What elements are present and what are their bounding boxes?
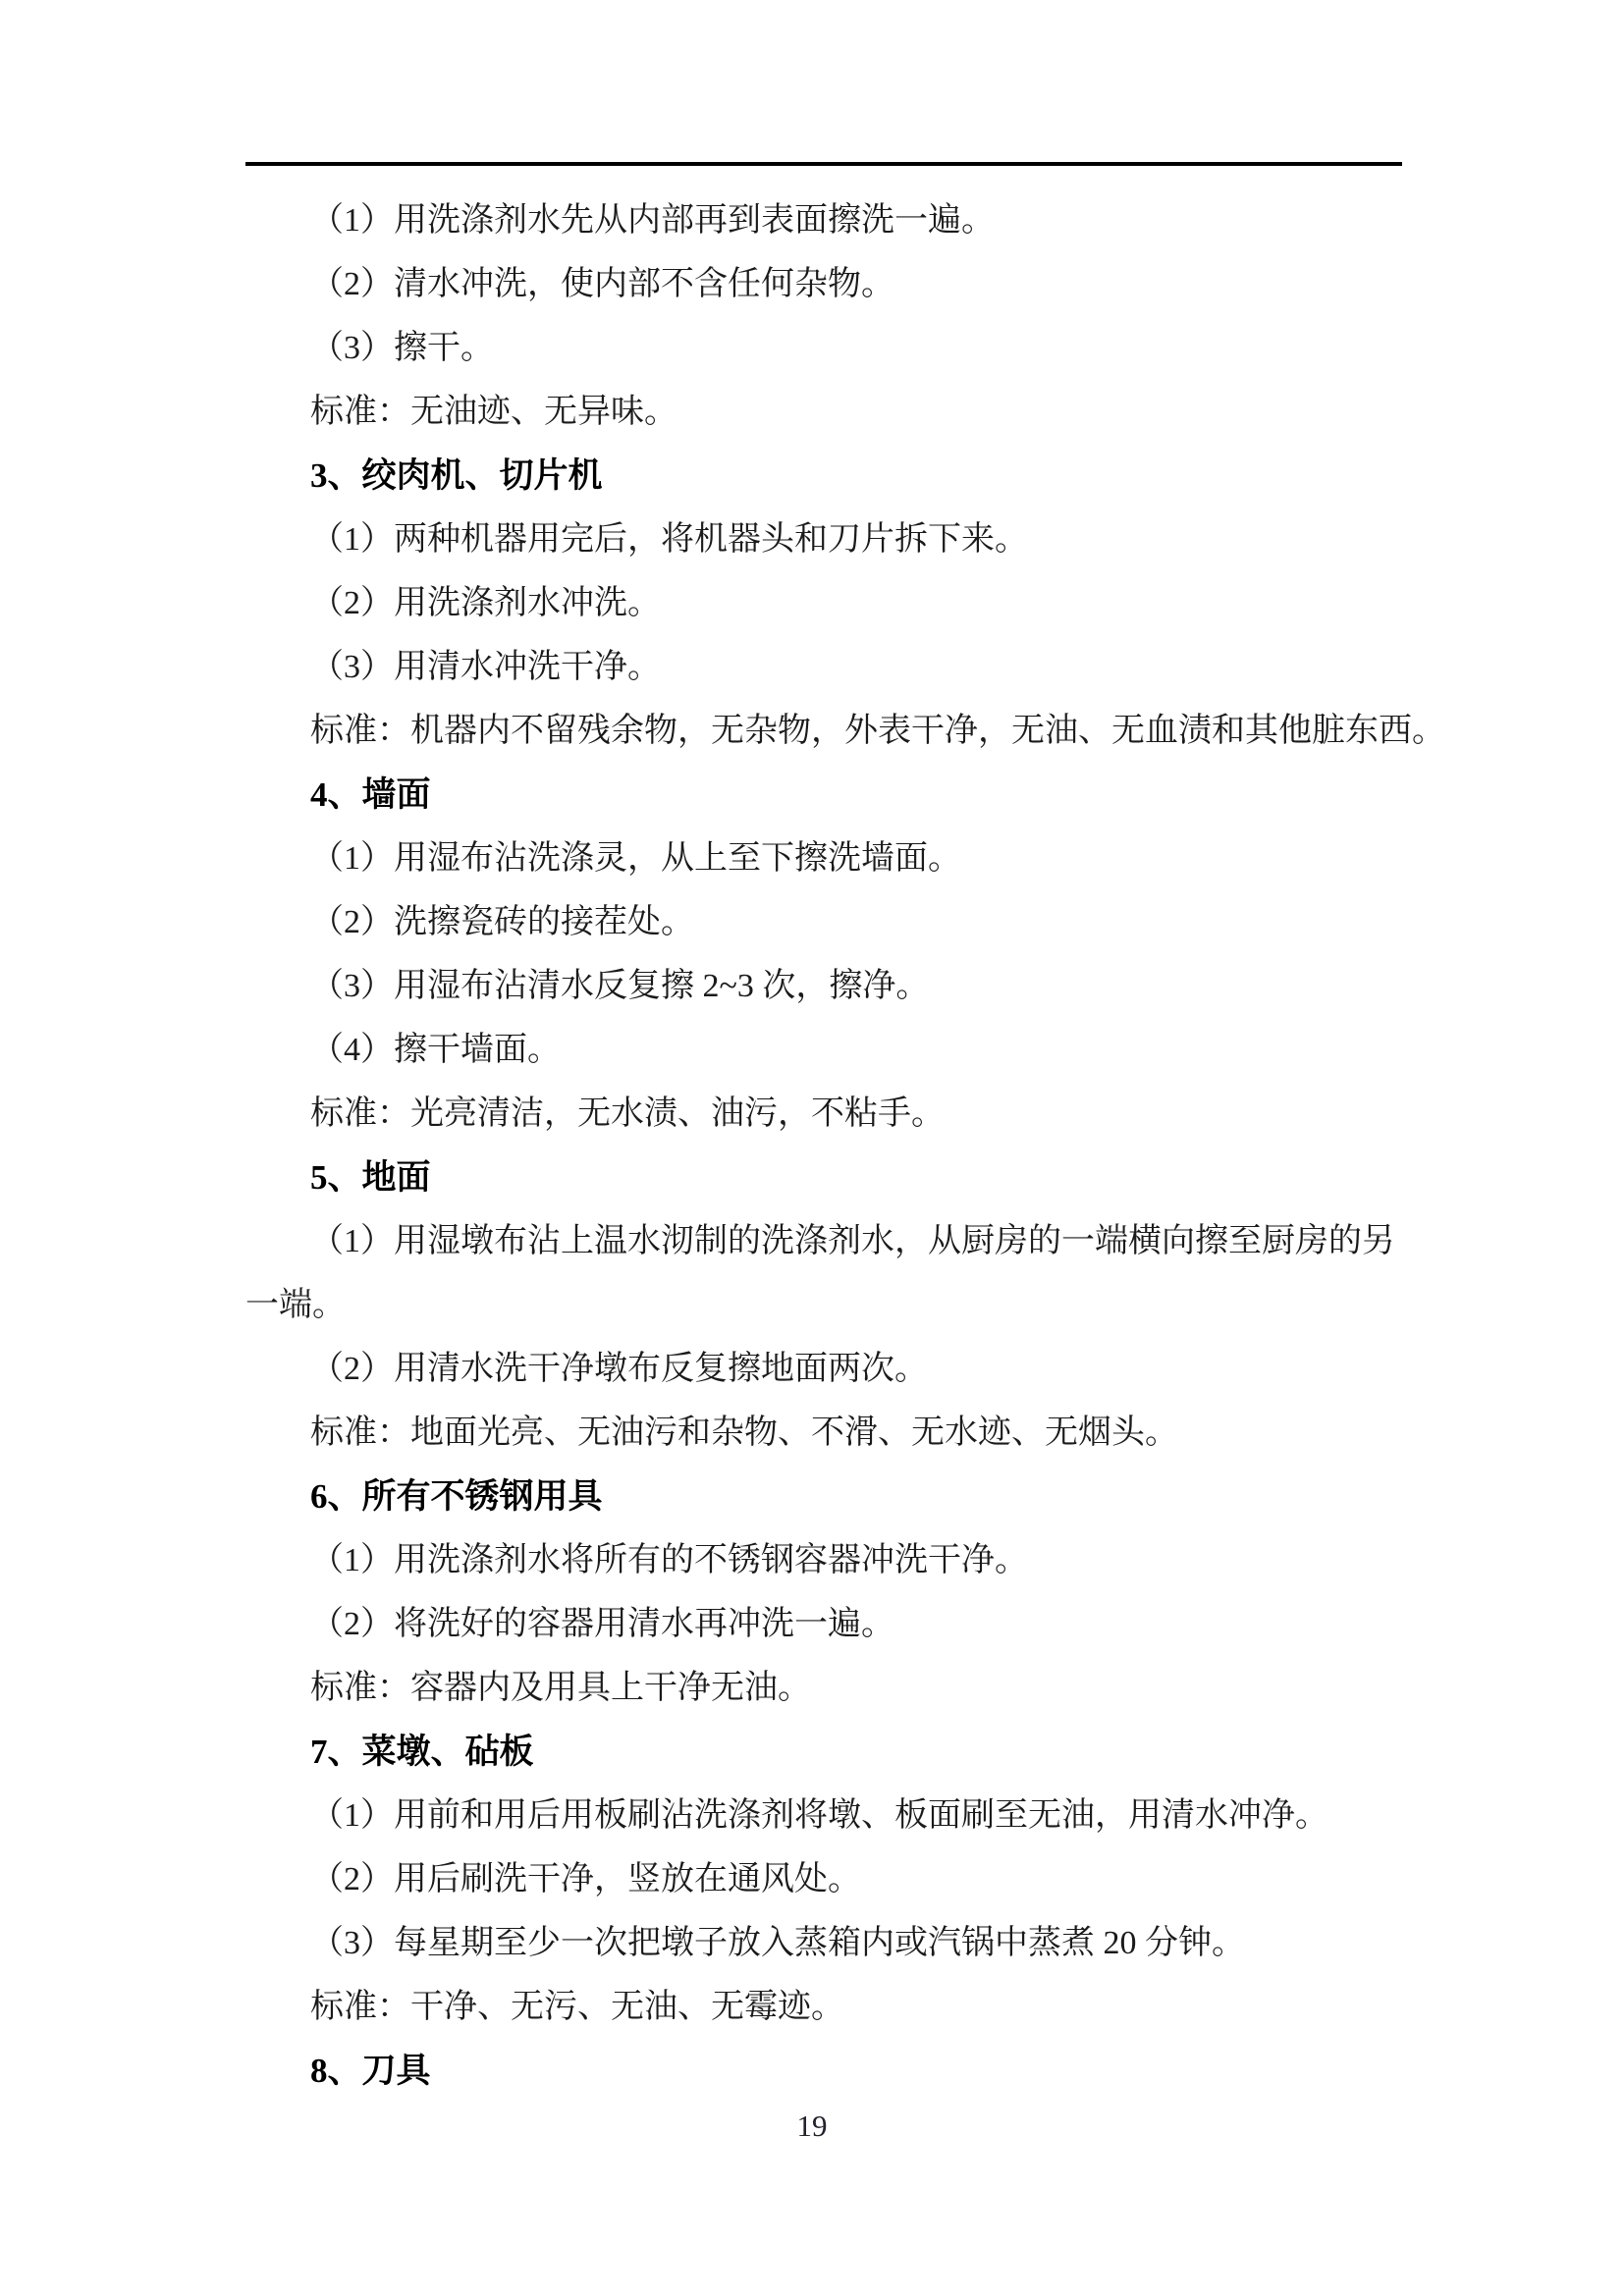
procedure-step: （3）用清水冲洗干净。: [245, 635, 1402, 699]
section-heading: 5、地面: [245, 1146, 1402, 1209]
section-heading: 4、墙面: [245, 763, 1402, 827]
procedure-step: （1）用湿布沾洗涤灵，从上至下擦洗墙面。: [245, 827, 1402, 890]
section-heading: 6、所有不锈钢用具: [245, 1465, 1402, 1528]
procedure-step: （2）将洗好的容器用清水再冲洗一遍。: [245, 1592, 1402, 1656]
standard-line: 标准：干净、无污、无油、无霉迹。: [245, 1975, 1402, 2039]
standard-line: 标准：容器内及用具上干净无油。: [245, 1656, 1402, 1720]
procedure-step: （4）擦干墙面。: [245, 1018, 1402, 1082]
procedure-step: （1）用洗涤剂水先从内部再到表面擦洗一遍。: [245, 188, 1402, 252]
document-page: （1）用洗涤剂水先从内部再到表面擦洗一遍。 （2）清水冲洗，使内部不含任何杂物。…: [0, 0, 1624, 2296]
standard-line: 标准：地面光亮、无油污和杂物、不滑、无水迹、无烟头。: [245, 1401, 1402, 1465]
procedure-step: （2）用洗涤剂水冲洗。: [245, 571, 1402, 635]
section-heading: 3、绞肉机、切片机: [245, 444, 1402, 507]
page-number: 19: [0, 2109, 1624, 2144]
standard-line: 标准：机器内不留残余物，无杂物，外表干净，无油、无血渍和其他脏东西。: [245, 699, 1402, 763]
procedure-step: （3）擦干。: [245, 316, 1402, 380]
continuation-line: 一端。: [245, 1273, 1402, 1337]
procedure-step: （3）用湿布沾清水反复擦 2~3 次，擦净。: [245, 954, 1402, 1018]
procedure-step: （2）用清水洗干净墩布反复擦地面两次。: [245, 1337, 1402, 1401]
standard-line: 标准：无油迹、无异味。: [245, 380, 1402, 444]
procedure-step: （2）洗擦瓷砖的接茬处。: [245, 890, 1402, 954]
procedure-step: （1）用洗涤剂水将所有的不锈钢容器冲洗干净。: [245, 1528, 1402, 1592]
procedure-step: （2）清水冲洗，使内部不含任何杂物。: [245, 252, 1402, 316]
procedure-step: （1）用前和用后用板刷沾洗涤剂将墩、板面刷至无油，用清水冲净。: [245, 1784, 1402, 1847]
section-heading: 7、菜墩、砧板: [245, 1720, 1402, 1784]
procedure-step: （1）两种机器用完后，将机器头和刀片拆下来。: [245, 507, 1402, 571]
standard-line: 标准：光亮清洁，无水渍、油污，不粘手。: [245, 1082, 1402, 1146]
section-heading: 8、刀具: [245, 2039, 1402, 2103]
header-rule-and-body: （1）用洗涤剂水先从内部再到表面擦洗一遍。 （2）清水冲洗，使内部不含任何杂物。…: [245, 162, 1402, 2103]
procedure-step: （1）用湿墩布沾上温水沏制的洗涤剂水，从厨房的一端横向擦至厨房的另: [245, 1209, 1402, 1273]
procedure-step: （2）用后刷洗干净，竖放在通风处。: [245, 1847, 1402, 1911]
procedure-step: （3）每星期至少一次把墩子放入蒸箱内或汽锅中蒸煮 20 分钟。: [245, 1911, 1402, 1975]
